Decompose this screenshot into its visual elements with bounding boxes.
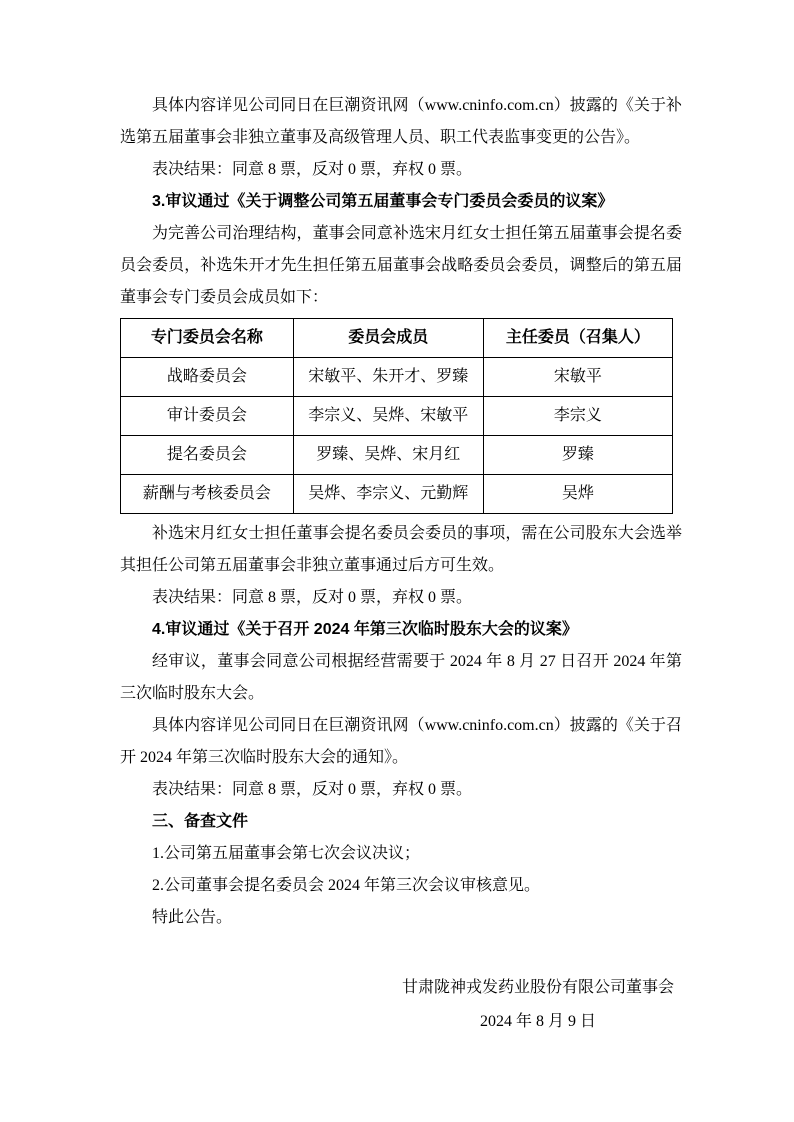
signature-block: 甘肃陇神戎发药业股份有限公司董事会 2024 年 8 月 9 日: [120, 972, 682, 1040]
heading-item-4: 4.审议通过《关于召开 2024 年第三次临时股东大会的议案》: [120, 614, 682, 646]
table-header-committee-name: 专门委员会名称: [121, 319, 294, 358]
paragraph-disclosure-item2: 具体内容详见公司同日在巨潮资讯网（www.cninfo.com.cn）披露的《关…: [120, 90, 682, 154]
table-row: 审计委员会 李宗义、吴烨、宋敏平 李宗义: [121, 397, 673, 436]
table-header-chair: 主任委员（召集人）: [483, 319, 672, 358]
cell-committee-name: 薪酬与考核委员会: [121, 475, 294, 514]
committee-members-table: 专门委员会名称 委员会成员 主任委员（召集人） 战略委员会 宋敏平、朱开才、罗臻…: [120, 318, 673, 514]
table-row: 薪酬与考核委员会 吴烨、李宗义、元勤辉 吴烨: [121, 475, 673, 514]
table-row: 战略委员会 宋敏平、朱开才、罗臻 宋敏平: [121, 358, 673, 397]
paragraph-reference-doc-2: 2.公司董事会提名委员会 2024 年第三次会议审核意见。: [120, 870, 682, 902]
cell-chair: 李宗义: [483, 397, 672, 436]
paragraph-reference-doc-1: 1.公司第五届董事会第七次会议决议；: [120, 838, 682, 870]
heading-section-3-documents: 三、备查文件: [120, 806, 682, 838]
paragraph-item3-note: 补选宋月红女士担任董事会提名委员会委员的事项，需在公司股东大会选举其担任公司第五…: [120, 518, 682, 582]
document-page: 具体内容详见公司同日在巨潮资讯网（www.cninfo.com.cn）披露的《关…: [0, 0, 794, 1122]
cell-chair: 吴烨: [483, 475, 672, 514]
heading-item-3: 3.审议通过《关于调整公司第五届董事会专门委员会委员的议案》: [120, 186, 682, 218]
signature-inner: 甘肃陇神戎发药业股份有限公司董事会 2024 年 8 月 9 日: [402, 972, 674, 1040]
cell-committee-name: 审计委员会: [121, 397, 294, 436]
cell-members: 宋敏平、朱开才、罗臻: [293, 358, 483, 397]
cell-chair: 罗臻: [483, 436, 672, 475]
cell-chair: 宋敏平: [483, 358, 672, 397]
cell-members: 吴烨、李宗义、元勤辉: [293, 475, 483, 514]
paragraph-item3-intro: 为完善公司治理结构，董事会同意补选宋月红女士担任第五届董事会提名委员会委员，补选…: [120, 218, 682, 314]
paragraph-item4-body: 经审议，董事会同意公司根据经营需要于 2024 年 8 月 27 日召开 202…: [120, 646, 682, 710]
cell-members: 李宗义、吴烨、宋敏平: [293, 397, 483, 436]
table-header-row: 专门委员会名称 委员会成员 主任委员（召集人）: [121, 319, 673, 358]
cell-committee-name: 战略委员会: [121, 358, 294, 397]
table-row: 提名委员会 罗臻、吴烨、宋月红 罗臻: [121, 436, 673, 475]
signature-company-name: 甘肃陇神戎发药业股份有限公司董事会: [402, 972, 674, 1004]
document-content: 具体内容详见公司同日在巨潮资讯网（www.cninfo.com.cn）披露的《关…: [120, 90, 682, 1040]
paragraph-closing: 特此公告。: [120, 902, 682, 934]
paragraph-vote-result-item4: 表决结果：同意 8 票，反对 0 票，弃权 0 票。: [120, 774, 682, 806]
paragraph-vote-result-item3: 表决结果：同意 8 票，反对 0 票，弃权 0 票。: [120, 582, 682, 614]
paragraph-vote-result-item2: 表决结果：同意 8 票，反对 0 票，弃权 0 票。: [120, 154, 682, 186]
cell-committee-name: 提名委员会: [121, 436, 294, 475]
cell-members: 罗臻、吴烨、宋月红: [293, 436, 483, 475]
table-header-members: 委员会成员: [293, 319, 483, 358]
paragraph-item4-disclosure: 具体内容详见公司同日在巨潮资讯网（www.cninfo.com.cn）披露的《关…: [120, 710, 682, 774]
signature-date: 2024 年 8 月 9 日: [402, 1004, 674, 1040]
